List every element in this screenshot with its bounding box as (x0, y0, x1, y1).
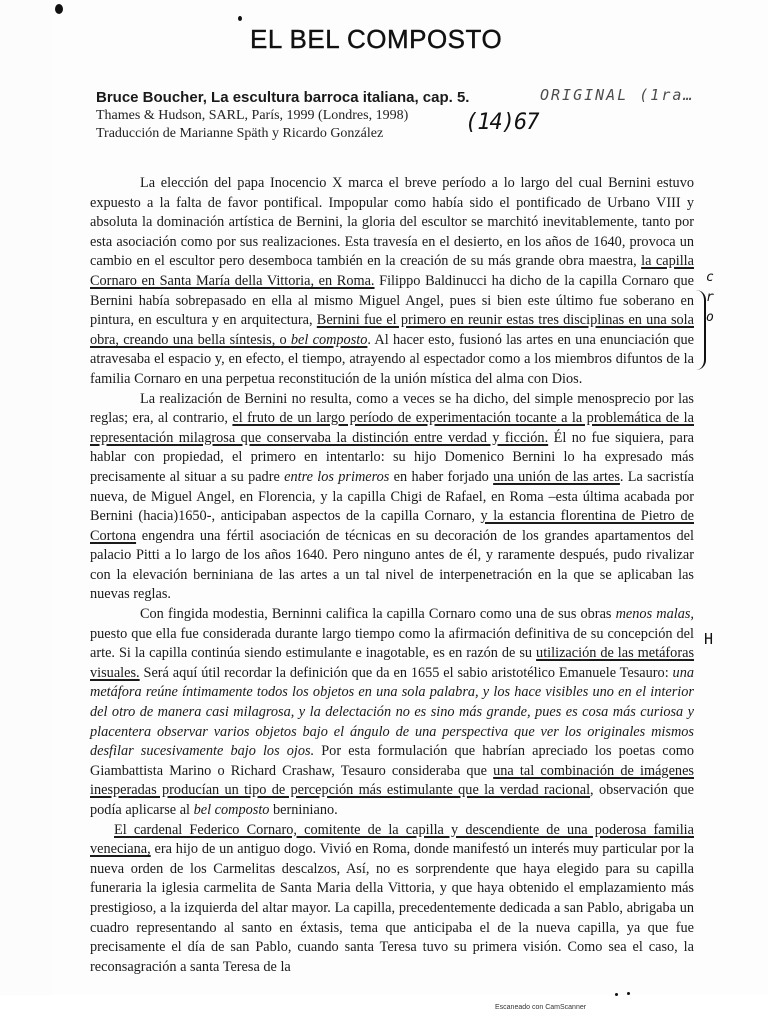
paragraph: Con fingida modestia, Berninni califica … (90, 605, 694, 821)
text-segment: Será aquí útil recordar la definición qu… (140, 665, 673, 681)
handwritten-header-note: ORIGINAL (1ra… (540, 86, 694, 104)
body-text: La elección del papa Inocencio X marca e… (90, 174, 694, 977)
text-segment: en haber forjado (389, 469, 493, 485)
margin-brace (694, 290, 706, 370)
scanner-watermark: Escaneado con CamScanner (495, 1004, 586, 1011)
paragraph: La realización de Bernini no resulta, co… (90, 390, 694, 606)
paragraph: La elección del papa Inocencio X marca e… (90, 174, 694, 390)
document-title: EL BEL COMPOSTO (250, 24, 502, 55)
handwritten-code: (14)67 (465, 110, 538, 135)
text-segment: era hijo de un antiguo dogo. Vivió en Ro… (90, 841, 694, 975)
text-segment: Con fingida modestia, Berninni califica … (140, 606, 616, 622)
italic-text: bel composto (194, 802, 270, 818)
citation-translation: Traducción de Marianne Späth y Ricardo G… (96, 125, 469, 143)
citation-publisher: Thames & Hudson, SARL, París, 1999 (Lond… (96, 107, 469, 125)
citation-reference: Bruce Boucher, La escultura barroca ital… (96, 88, 469, 107)
italic-text: entre los primeros (284, 469, 389, 485)
underlined-text: una unión de las artes (493, 469, 620, 485)
text-segment: La elección del papa Inocencio X marca e… (90, 175, 694, 269)
italic-text: menos malas, (616, 606, 694, 622)
scan-speck (55, 4, 63, 14)
scan-speck (238, 16, 242, 21)
handwritten-margin-note: c r o (706, 268, 714, 328)
source-citation: Bruce Boucher, La escultura barroca ital… (96, 88, 469, 143)
underlined-text: bel composto (291, 332, 368, 348)
text-segment: berniniano. (269, 802, 337, 818)
handwritten-margin-note: H (704, 630, 713, 648)
paragraph: El cardenal Federico Cornaro, comitente … (90, 821, 694, 978)
scan-speck (627, 992, 630, 995)
text-segment: engendra una fértil asociación de técnic… (90, 528, 694, 603)
scan-speck (615, 993, 618, 996)
